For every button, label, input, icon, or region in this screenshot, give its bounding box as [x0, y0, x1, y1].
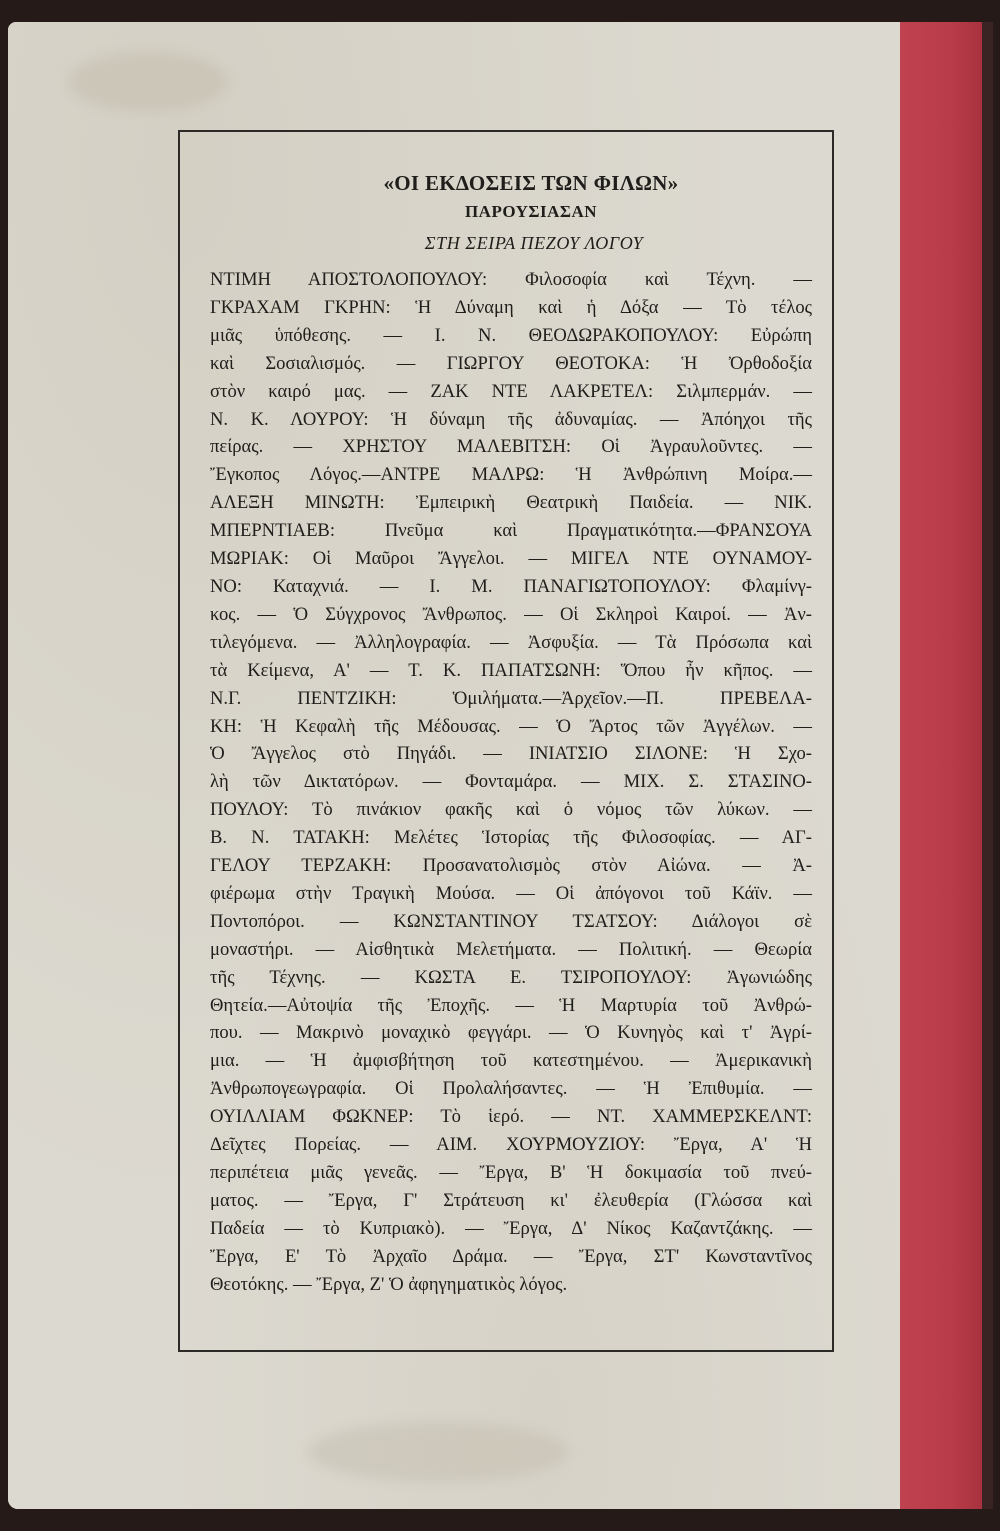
catalog-line: φιέρωμα στὴν Τραγικὴ Μούσα. — Οἱ ἀπόγονο…	[210, 880, 812, 908]
photo-background: «ΟΙ ΕΚΔΟΣΕΙΣ ΤΩΝ ΦΙΛΩΝ» ΠΑΡΟΥΣΙΑΣΑΝ ΣΤΗ …	[0, 0, 1000, 1531]
catalog-line: Ποντοπόροι. — ΚΩΝΣΤΑΝΤΙΝΟΥ ΤΣΑΤΣΟΥ: Διάλ…	[210, 908, 812, 936]
catalog-line: καὶ Σοσιαλισμός. — ΓΙΩΡΓΟΥ ΘΕΟΤΟΚΑ: Ἡ Ὀρ…	[210, 350, 812, 378]
catalog-line: ΓΚΡΑΧΑΜ ΓΚΡΗΝ: Ἡ Δύναμη καὶ ἡ Δόξα — Τὸ …	[210, 294, 812, 322]
catalog-line: Β. Ν. ΤΑΤΑΚΗ: Μελέτες Ἱστορίας τῆς Φιλοσ…	[210, 824, 812, 852]
catalog-line: ΝΤΙΜΗ ΑΠΟΣΤΟΛΟΠΟΥΛΟΥ: Φιλοσοφία καὶ Τέχν…	[210, 266, 812, 294]
catalog-line: Ἔγκοπος Λόγος.—ΑΝΤΡΕ ΜΑΛΡΩ: Ἡ Ἀνθρώπινη …	[210, 461, 812, 489]
catalog-line: Ἀνθρωπογεωγραφία. Οἱ Προλαλήσαντες. — Ἡ …	[210, 1075, 812, 1103]
cover-paper: «ΟΙ ΕΚΔΟΣΕΙΣ ΤΩΝ ΦΙΛΩΝ» ΠΑΡΟΥΣΙΑΣΑΝ ΣΤΗ …	[8, 22, 900, 1509]
book-back-cover: «ΟΙ ΕΚΔΟΣΕΙΣ ΤΩΝ ΦΙΛΩΝ» ΠΑΡΟΥΣΙΑΣΑΝ ΣΤΗ …	[8, 22, 993, 1509]
catalog-line: τιλεγόμενα. — Ἀλληλογραφία. — Ἀσφυξία. —…	[210, 629, 812, 657]
frame-content: «ΟΙ ΕΚΔΟΣΕΙΣ ΤΩΝ ΦΙΛΩΝ» ΠΑΡΟΥΣΙΑΣΑΝ ΣΤΗ …	[210, 170, 812, 1299]
catalog-line: ΝΟ: Καταχνιά. — Ι. Μ. ΠΑΝΑΓΙΩΤΟΠΟΥΛΟΥ: Φ…	[210, 573, 812, 601]
catalog-line: που. — Μακρινὸ μοναχικὸ φεγγάρι. — Ὁ Κυν…	[210, 1019, 812, 1047]
catalog-line: ΑΛΕΞΗ ΜΙΝΩΤΗ: Ἐμπειρικὴ Θεατρικὴ Παιδεία…	[210, 489, 812, 517]
red-spine	[900, 22, 982, 1509]
catalog-line: ΜΩΡΙΑΚ: Οἱ Μαῦροι Ἄγγελοι. — ΜΙΓΕΛ ΝΤΕ Ο…	[210, 545, 812, 573]
paper-stain	[68, 52, 228, 112]
catalog-line: Παδεία — τὸ Κυπριακὸ). — Ἔργα, Δ' Νίκος …	[210, 1215, 812, 1243]
catalog-line: Ὁ Ἄγγελος στὸ Πηγάδι. — ΙΝΙΑΤΣΙΟ ΣΙΛΟΝΕ:…	[210, 740, 812, 768]
catalog-line: πείρας. — ΧΡΗΣΤΟΥ ΜΑΛΕΒΙΤΣΗ: Οἱ Ἀγραυλοῦ…	[210, 433, 812, 461]
catalog-line: μια. — Ἡ ἀμφισβήτηση τοῦ κατεστημένου. —…	[210, 1047, 812, 1075]
catalog-line: στὸν καιρό μας. — ΖΑΚ ΝΤΕ ΛΑΚΡΕΤΕΛ: Σιλμ…	[210, 378, 812, 406]
catalog-line: κος. — Ὁ Σύγχρονος Ἄνθρωπος. — Οἱ Σκληρο…	[210, 601, 812, 629]
text-frame: «ΟΙ ΕΚΔΟΣΕΙΣ ΤΩΝ ΦΙΛΩΝ» ΠΑΡΟΥΣΙΑΣΑΝ ΣΤΗ …	[178, 130, 834, 1352]
catalog-line: τὰ Κείμενα, Α' — Τ. Κ. ΠΑΠΑΤΣΩΝΗ: Ὅπου ἦ…	[210, 657, 812, 685]
book-catalog: ΝΤΙΜΗ ΑΠΟΣΤΟΛΟΠΟΥΛΟΥ: Φιλοσοφία καὶ Τέχν…	[210, 266, 812, 1299]
catalog-line: μιᾶς ὑπόθεσης. — Ι. Ν. ΘΕΟΔΩΡΑΚΟΠΟΥΛΟΥ: …	[210, 322, 812, 350]
paper-stain	[308, 1422, 568, 1482]
catalog-line: ΜΠΕΡΝΤΙΑΕΒ: Πνεῦμα καὶ Πραγματικότητα.—Φ…	[210, 517, 812, 545]
catalog-line: ΓΕΛΟΥ ΤΕΡΖΑΚΗ: Προσανατολισμὸς στὸν Αἰών…	[210, 852, 812, 880]
catalog-line: ΟΥΙΛΛΙΑΜ ΦΩΚΝΕΡ: Τὸ ἱερό. — ΝΤ. ΧΑΜΜΕΡΣΚ…	[210, 1103, 812, 1131]
catalog-line: τῆς Τέχνης. — ΚΩΣΤΑ Ε. ΤΣΙΡΟΠΟΥΛΟΥ: Ἀγων…	[210, 964, 812, 992]
catalog-line: Θητεία.—Αὐτοψία τῆς Ἐποχῆς. — Ἡ Μαρτυρία…	[210, 992, 812, 1020]
catalog-line: μοναστήρι. — Αἰσθητικὰ Μελετήματα. — Πολ…	[210, 936, 812, 964]
spine-edge	[982, 22, 993, 1509]
catalog-line: Ἔργα, Ε' Τὸ Ἀρχαῖο Δράμα. — Ἔργα, ΣΤ' Κω…	[210, 1243, 812, 1271]
catalog-line: περιπέτεια μιᾶς γενεᾶς. — Ἔργα, Β' Ἡ δοκ…	[210, 1159, 812, 1187]
catalog-line: Δεῖχτες Πορείας. — ΑΙΜ. ΧΟΥΡΜΟΥΖΙΟΥ: Ἔργ…	[210, 1131, 812, 1159]
series-heading: ΣΤΗ ΣΕΙΡΑ ΠΕΖΟΥ ΛΟΓΟΥ	[210, 230, 812, 256]
catalog-line: λὴ τῶν Δικτατόρων. — Φονταμάρα. — ΜΙΧ. Σ…	[210, 768, 812, 796]
catalog-line: Θεοτόκης. — Ἔργα, Ζ' Ὁ ἀφηγηματικὸς λόγο…	[210, 1271, 812, 1299]
presented-heading: ΠΑΡΟΥΣΙΑΣΑΝ	[210, 200, 812, 224]
catalog-line: ΚΗ: Ἡ Κεφαλὴ τῆς Μέδουσας. — Ὁ Ἄρτος τῶν…	[210, 713, 812, 741]
catalog-line: ματος. — Ἔργα, Γ' Στράτευση κι' ἐλευθερί…	[210, 1187, 812, 1215]
publisher-title: «ΟΙ ΕΚΔΟΣΕΙΣ ΤΩΝ ΦΙΛΩΝ»	[210, 170, 812, 196]
catalog-line: ΠΟΥΛΟΥ: Τὸ πινάκιον φακῆς καὶ ὁ νόμος τῶ…	[210, 796, 812, 824]
catalog-line: Ν. Κ. ΛΟΥΡΟΥ: Ἡ δύναμη τῆς ἀδυναμίας. — …	[210, 406, 812, 434]
catalog-line: Ν.Γ. ΠΕΝΤΖΙΚΗ: Ὁμιλήματα.—Ἀρχεῖον.—Π. ΠΡ…	[210, 685, 812, 713]
